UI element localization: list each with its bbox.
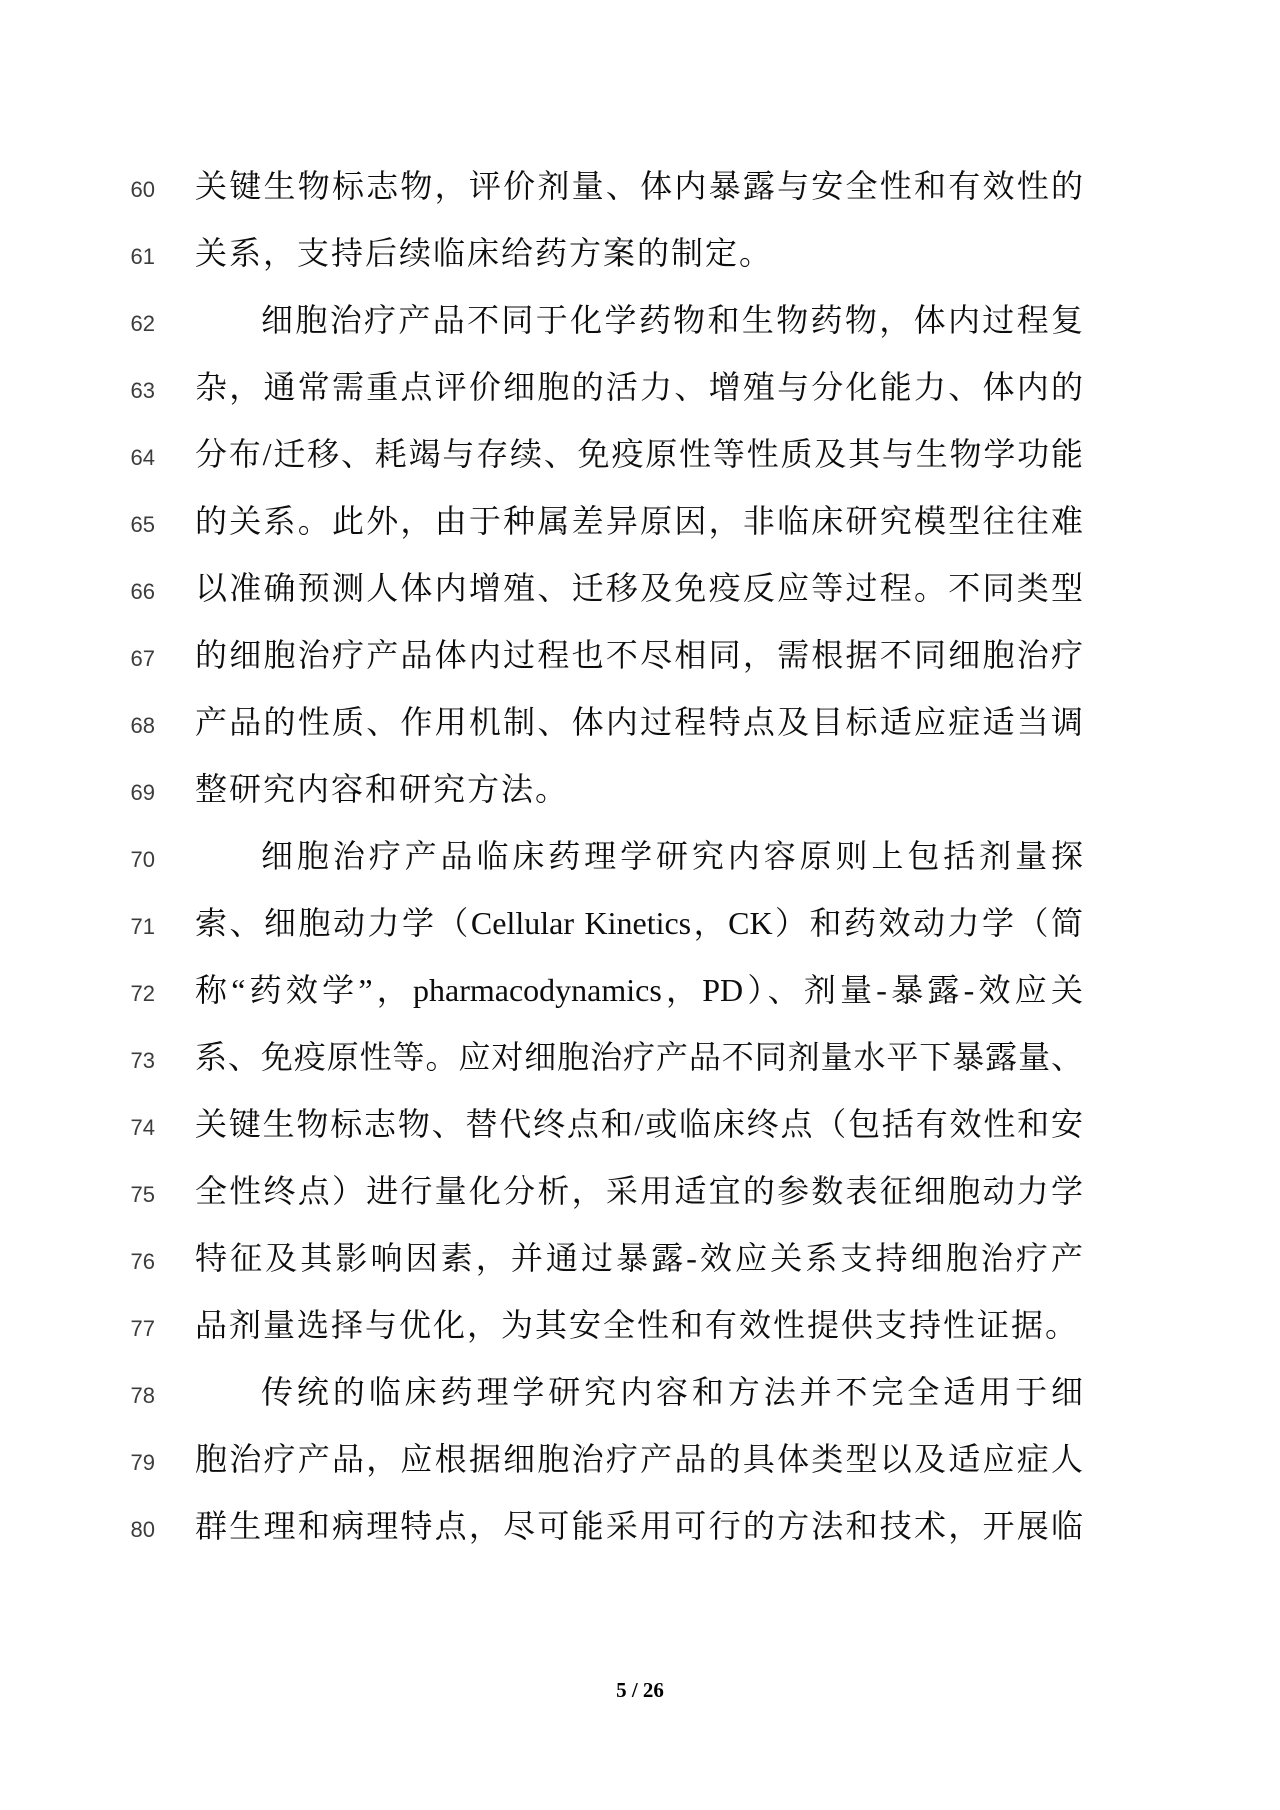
line-number: 64 [100,424,155,491]
line-row: 71 索、细胞动力学（Cellular Kinetics，CK）和药效动力学（简 [0,890,1280,957]
line-text: 以准确预测人体内增殖、迁移及免疫反应等过程。不同类型 [195,555,1083,622]
line-row: 60 关键生物标志物，评价剂量、体内暴露与安全性和有效性的 [0,153,1280,220]
line-row: 74 关键生物标志物、替代终点和/或临床终点（包括有效性和安 [0,1091,1280,1158]
line-row: 65 的关系。此外，由于种属差异原因，非临床研究模型往往难 [0,488,1280,555]
line-number: 71 [100,893,155,960]
line-text: 分布/迁移、耗竭与存续、免疫原性等性质及其与生物学功能 [195,421,1083,488]
line-row: 66 以准确预测人体内增殖、迁移及免疫反应等过程。不同类型 [0,555,1280,622]
line-text: 整研究内容和研究方法。 [195,756,1083,823]
line-row: 75 全性终点）进行量化分析，采用适宜的参数表征细胞动力学 [0,1158,1280,1225]
line-text: 杂，通常需重点评价细胞的活力、增殖与分化能力、体内的 [195,354,1083,421]
line-text: 胞治疗产品，应根据细胞治疗产品的具体类型以及适应症人 [195,1426,1083,1493]
line-number: 76 [100,1228,155,1295]
line-number: 74 [100,1094,155,1161]
line-number: 77 [100,1295,155,1362]
line-number: 67 [100,625,155,692]
line-text: 细胞治疗产品不同于化学药物和生物药物，体内过程复 [195,287,1083,354]
page-number: 5 / 26 [0,1678,1280,1703]
line-row: 80 群生理和病理特点，尽可能采用可行的方法和技术，开展临 [0,1493,1280,1560]
line-number: 62 [100,290,155,357]
line-row: 61 关系，支持后续临床给药方案的制定。 [0,220,1280,287]
line-text: 传统的临床药理学研究内容和方法并不完全适用于细 [195,1359,1083,1426]
text-body: 60 关键生物标志物，评价剂量、体内暴露与安全性和有效性的 61 关系，支持后续… [0,153,1280,1560]
line-number: 80 [100,1496,155,1563]
line-text: 特征及其影响因素，并通过暴露-效应关系支持细胞治疗产 [195,1225,1083,1292]
line-number: 70 [100,826,155,893]
line-text: 关键生物标志物，评价剂量、体内暴露与安全性和有效性的 [195,153,1083,220]
line-text: 群生理和病理特点，尽可能采用可行的方法和技术，开展临 [195,1493,1083,1560]
line-row: 69 整研究内容和研究方法。 [0,756,1280,823]
line-text: 的细胞治疗产品体内过程也不尽相同，需根据不同细胞治疗 [195,622,1083,689]
line-text: 关键生物标志物、替代终点和/或临床终点（包括有效性和安 [195,1091,1083,1158]
line-row: 70 细胞治疗产品临床药理学研究内容原则上包括剂量探 [0,823,1280,890]
line-text: 索、细胞动力学（Cellular Kinetics，CK）和药效动力学（简 [195,890,1083,957]
line-row: 77 品剂量选择与优化，为其安全性和有效性提供支持性证据。 [0,1292,1280,1359]
line-text: 细胞治疗产品临床药理学研究内容原则上包括剂量探 [195,823,1083,890]
line-number: 72 [100,960,155,1027]
line-text: 品剂量选择与优化，为其安全性和有效性提供支持性证据。 [195,1292,1083,1359]
line-number: 66 [100,558,155,625]
line-row: 64 分布/迁移、耗竭与存续、免疫原性等性质及其与生物学功能 [0,421,1280,488]
line-row: 62 细胞治疗产品不同于化学药物和生物药物，体内过程复 [0,287,1280,354]
line-row: 79 胞治疗产品，应根据细胞治疗产品的具体类型以及适应症人 [0,1426,1280,1493]
line-number: 73 [100,1027,155,1094]
line-number: 75 [100,1161,155,1228]
line-text: 全性终点）进行量化分析，采用适宜的参数表征细胞动力学 [195,1158,1083,1225]
line-row: 78 传统的临床药理学研究内容和方法并不完全适用于细 [0,1359,1280,1426]
document-page: 60 关键生物标志物，评价剂量、体内暴露与安全性和有效性的 61 关系，支持后续… [0,0,1280,1810]
line-row: 72 称“药效学”，pharmacodynamics，PD）、剂量-暴露-效应关 [0,957,1280,1024]
line-number: 65 [100,491,155,558]
line-number: 69 [100,759,155,826]
line-text: 称“药效学”，pharmacodynamics，PD）、剂量-暴露-效应关 [195,957,1083,1024]
line-row: 76 特征及其影响因素，并通过暴露-效应关系支持细胞治疗产 [0,1225,1280,1292]
line-number: 78 [100,1362,155,1429]
line-text: 关系，支持后续临床给药方案的制定。 [195,220,1083,287]
line-row: 67 的细胞治疗产品体内过程也不尽相同，需根据不同细胞治疗 [0,622,1280,689]
line-number: 68 [100,692,155,759]
line-text: 产品的性质、作用机制、体内过程特点及目标适应症适当调 [195,689,1083,756]
line-number: 63 [100,357,155,424]
line-row: 68 产品的性质、作用机制、体内过程特点及目标适应症适当调 [0,689,1280,756]
line-number: 60 [100,156,155,223]
line-number: 79 [100,1429,155,1496]
line-text: 系、免疫原性等。应对细胞治疗产品不同剂量水平下暴露量、 [195,1024,1083,1091]
line-row: 63 杂，通常需重点评价细胞的活力、增殖与分化能力、体内的 [0,354,1280,421]
line-row: 73 系、免疫原性等。应对细胞治疗产品不同剂量水平下暴露量、 [0,1024,1280,1091]
line-text: 的关系。此外，由于种属差异原因，非临床研究模型往往难 [195,488,1083,555]
line-number: 61 [100,223,155,290]
